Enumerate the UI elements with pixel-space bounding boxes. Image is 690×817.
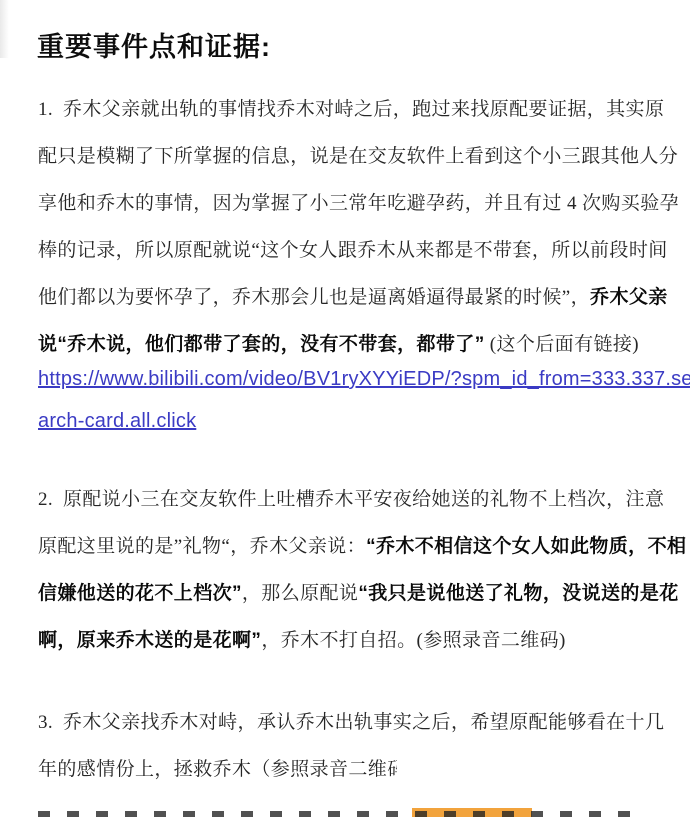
paragraph-3: 3. 乔木父亲找乔木对峙，承认乔木出轨事实之后，希望原配能够看在十几 年的感情份… [38, 699, 663, 793]
paragraph-2: 2. 原配说小三在交友软件上吐槽乔木平安夜给她送的礼物不上档次，注意 原配这里说… [38, 476, 663, 664]
clipped-glyph-tops [38, 811, 643, 817]
text-run: ，乔木不打自招。(参照录音二维码) [261, 630, 565, 651]
text-run: 年的感情份上，拯救乔木（参照录音二维 [38, 759, 387, 780]
text-line: 1. 乔木父亲就出轨的事情找乔木对峙之后，跑过来找原配要证据，其实原 [38, 86, 663, 133]
page-title: 重要事件点和证据: [37, 29, 271, 65]
text-run: 棒的记录，所以原配就说“这个女人跟乔木从来都是不带套，所以前段时间 [38, 240, 668, 261]
text-run-bold: “乔木不相信这个女人如此物质，不相 [366, 536, 686, 557]
scan-smudge [0, 0, 9, 58]
text-run: 享他和乔木的事情，因为掌握了小三常年吃避孕药，并且有过 4 次购买验孕 [38, 193, 679, 214]
link-line-1[interactable]: https://www.bilibili.com/video/BV1ryXYYi… [38, 358, 663, 400]
text-run: (这个后面有链接) [485, 334, 639, 355]
text-run: 原配这里说的是”礼物“，乔木父亲说： [38, 536, 366, 557]
cut-off-text-line-bottom [38, 808, 643, 817]
text-line: 他们都以为要怀孕了，乔木那会儿也是逼离婚逼得最紧的时候”，乔木父亲 [38, 274, 663, 321]
text-run-bold: 说“乔木说，他们都带了套的，没有不带套，都带了” [38, 334, 485, 355]
text-run-bold: “我只是说他送了礼物，没说送的是花 [358, 583, 678, 604]
link-line-2[interactable]: arch-card.all.click [38, 400, 663, 442]
text-line: 啊，原来乔木送的是花啊”，乔木不打自招。(参照录音二维码) [38, 617, 663, 664]
text-run-bold: 信嫌他送的花不上档次” [38, 583, 242, 604]
text-line: 年的感情份上，拯救乔木（参照录音二维码 [38, 746, 663, 793]
evidence-link-block: https://www.bilibili.com/video/BV1ryXYYi… [38, 358, 663, 442]
paragraph-1: 1. 乔木父亲就出轨的事情找乔木对峙之后，跑过来找原配要证据，其实原 配只是模糊… [38, 86, 663, 368]
text-line: 3. 乔木父亲找乔木对峙，承认乔木出轨事实之后，希望原配能够看在十几 [38, 699, 663, 746]
text-run: 配只是模糊了下所掌握的信息，说是在交友软件上看到这个小三跟其他人分 [38, 146, 678, 167]
text-run: 他们都以为要怀孕了，乔木那会儿也是逼离婚逼得最紧的时候”， [38, 287, 590, 308]
text-line: 配只是模糊了下所掌握的信息，说是在交友软件上看到这个小三跟其他人分 [38, 133, 663, 180]
clipped-character: 码 [387, 746, 397, 793]
text-run: ，那么原配说 [242, 583, 358, 604]
text-line: 棒的记录，所以原配就说“这个女人跟乔木从来都是不带套，所以前段时间 [38, 227, 663, 274]
text-run: 3. 乔木父亲找乔木对峙，承认乔木出轨事实之后，希望原配能够看在十几 [38, 712, 664, 733]
text-run-bold: 乔木父亲 [590, 287, 668, 308]
bilibili-video-link[interactable]: https://www.bilibili.com/video/BV1ryXYYi… [38, 358, 663, 442]
text-line: 信嫌他送的花不上档次”，那么原配说“我只是说他送了礼物，没说送的是花 [38, 570, 663, 617]
text-line: 2. 原配说小三在交友软件上吐槽乔木平安夜给她送的礼物不上档次，注意 [38, 476, 663, 523]
text-run: 1. 乔木父亲就出轨的事情找乔木对峙之后，跑过来找原配要证据，其实原 [38, 99, 664, 120]
text-run: 2. 原配说小三在交友软件上吐槽乔木平安夜给她送的礼物不上档次，注意 [38, 489, 664, 510]
text-line: 原配这里说的是”礼物“，乔木父亲说：“乔木不相信这个女人如此物质，不相 [38, 523, 663, 570]
document-page: 重要事件点和证据: 1. 乔木父亲就出轨的事情找乔木对峙之后，跑过来找原配要证据… [0, 0, 690, 817]
text-line: 享他和乔木的事情，因为掌握了小三常年吃避孕药，并且有过 4 次购买验孕 [38, 180, 663, 227]
text-run-bold: 啊，原来乔木送的是花啊” [38, 630, 261, 651]
